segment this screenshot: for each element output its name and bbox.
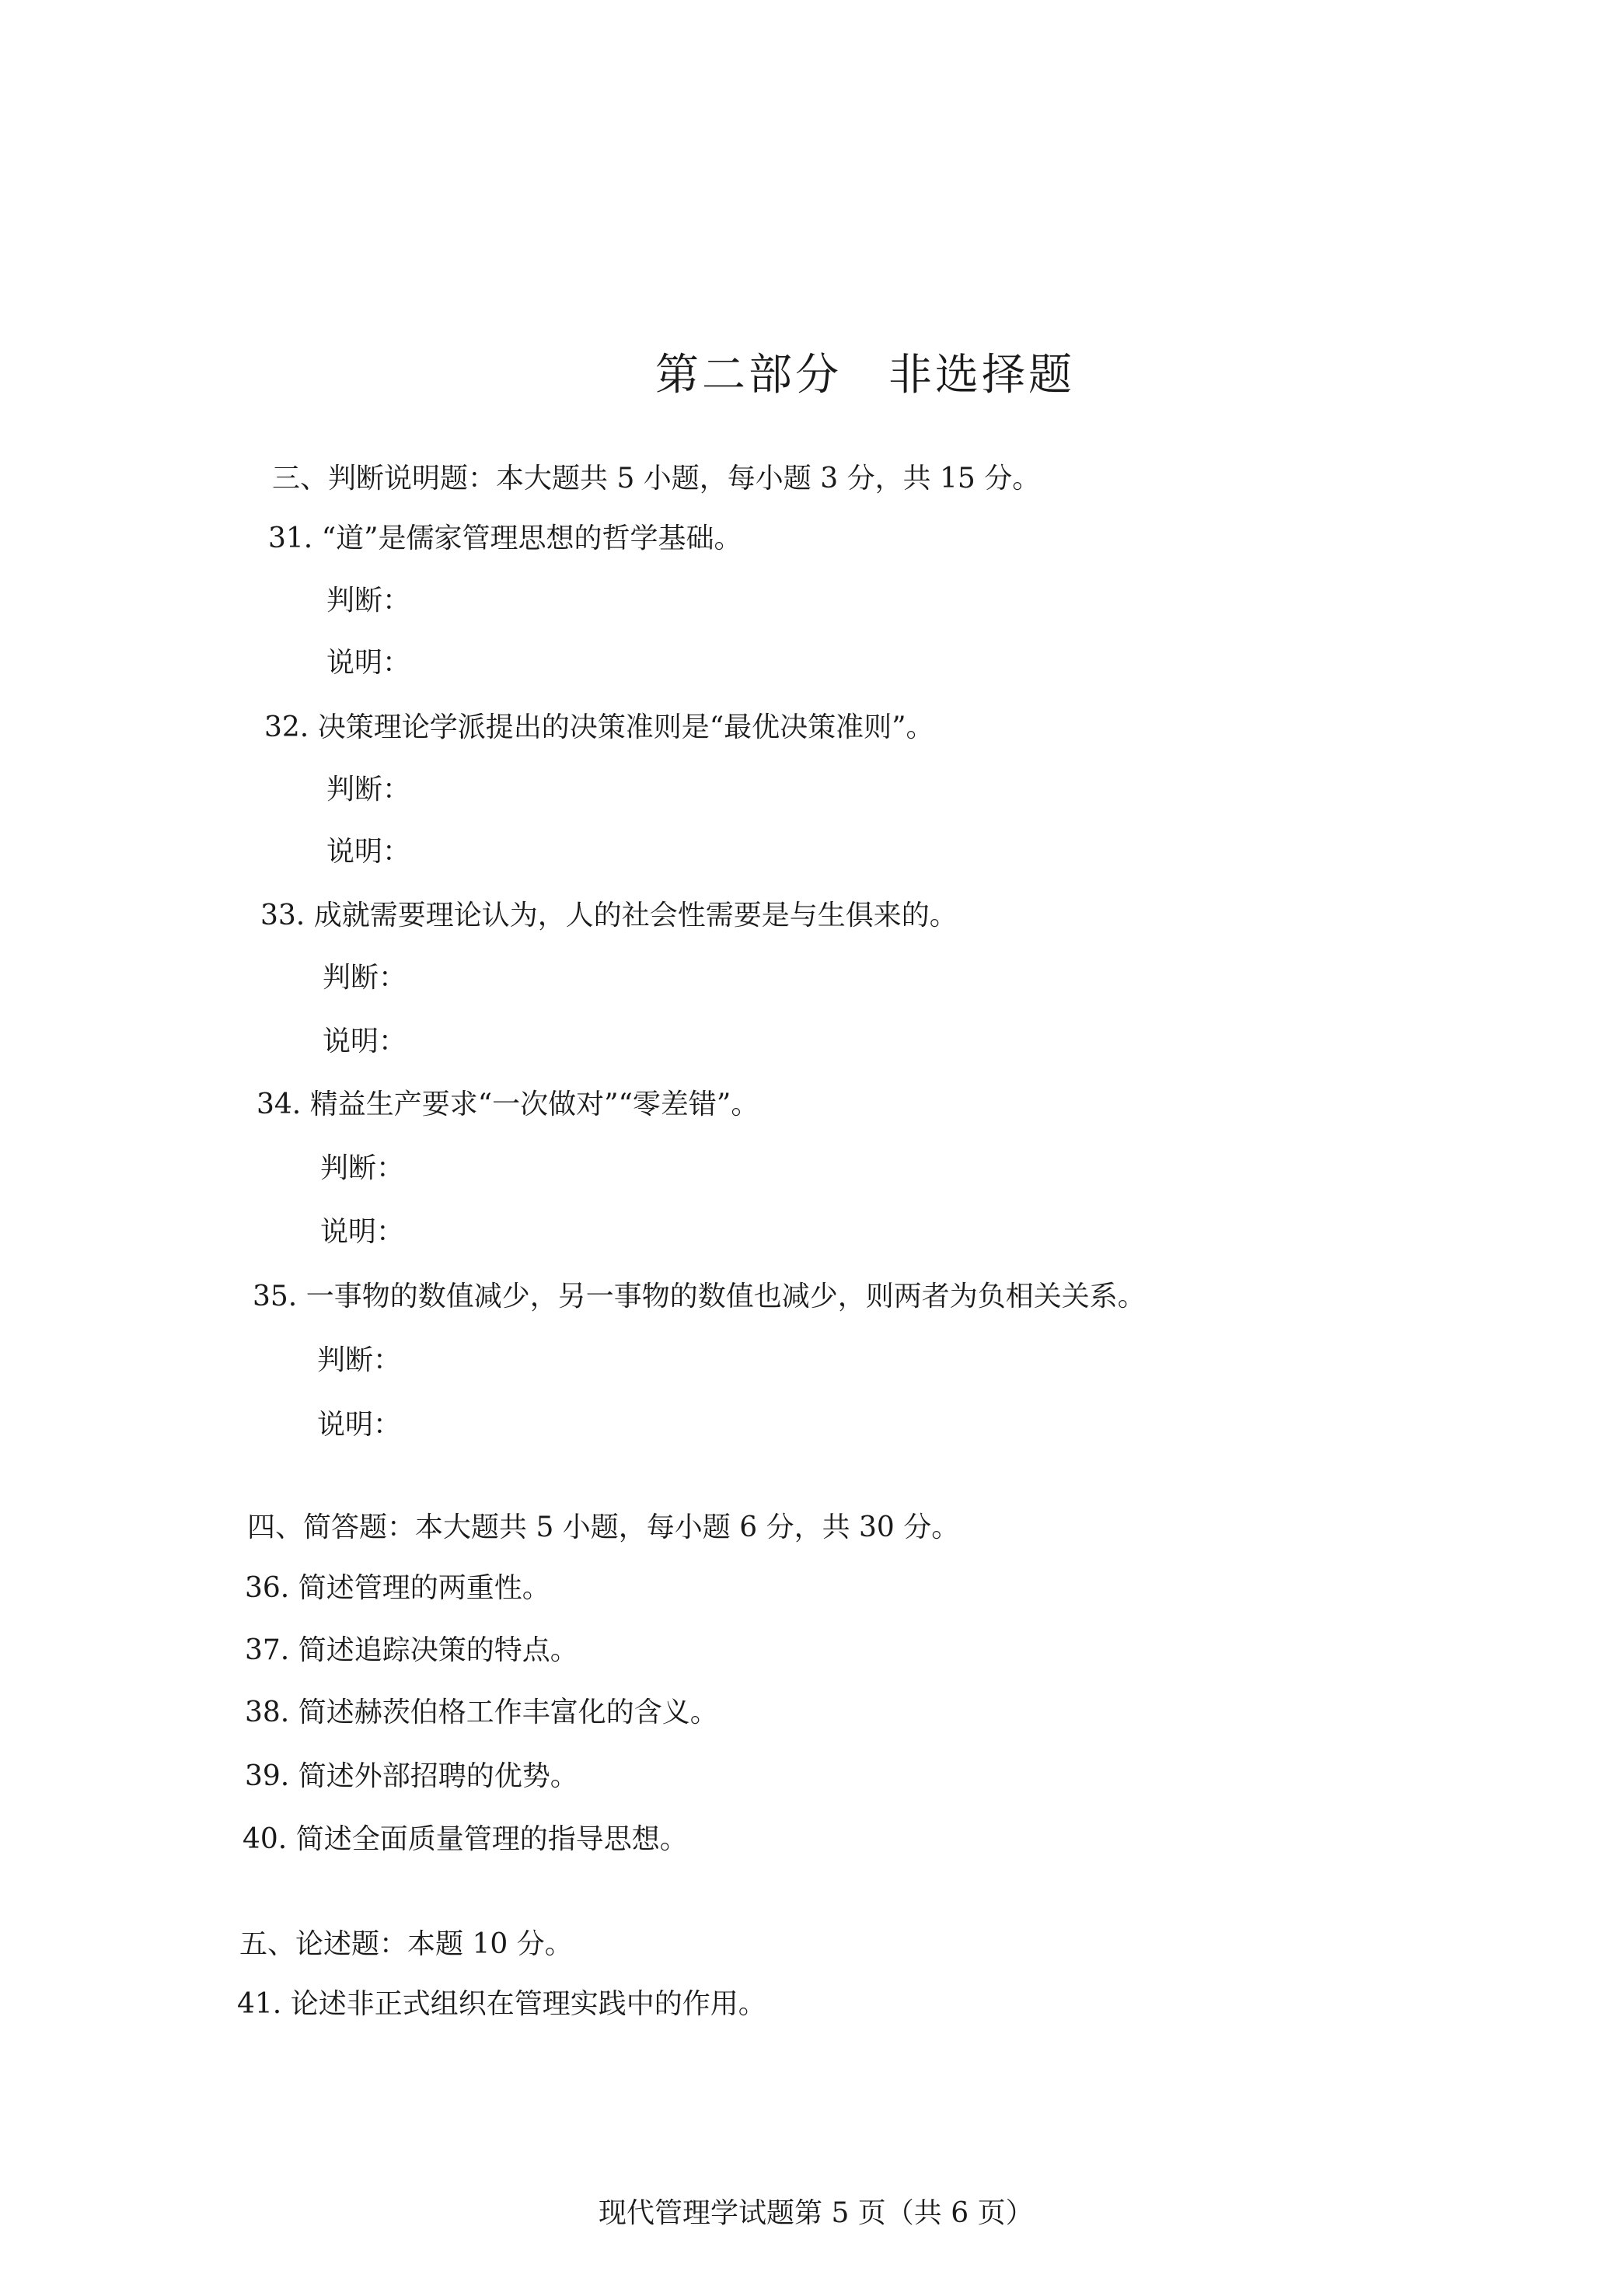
explain-label-32: 说明：: [326, 838, 410, 866]
question-35: 35. 一事物的数值减少，另一事物的数值也减少，则两者为负相关关系。: [253, 1283, 1146, 1311]
question-41: 41. 论述非正式组织在管理实践中的作用。: [237, 1990, 766, 2018]
question-32: 32. 决策理论学派提出的决策准则是“最优决策准则”。: [264, 714, 934, 742]
question-36: 36. 简述管理的两重性。: [245, 1574, 550, 1602]
section-heading-judgment: 三、判断说明题：本大题共 5 小题，每小题 3 分，共 15 分。: [272, 465, 1040, 493]
page-title: 第二部分 非选择题: [655, 341, 1075, 403]
page-footer: 现代管理学试题第 5 页（共 6 页）: [599, 2191, 1034, 2231]
judge-label-33: 判断：: [323, 964, 407, 992]
section-heading-essay: 五、论述题：本题 10 分。: [239, 1931, 573, 1959]
question-33: 33. 成就需要理论认为，人的社会性需要是与生俱来的。: [260, 902, 958, 930]
question-31: 31. “道”是儒家管理思想的哲学基础。: [268, 525, 742, 553]
question-34: 34. 精益生产要求“一次做对”“零差错”。: [257, 1091, 759, 1119]
question-40: 40. 简述全面质量管理的指导思想。: [243, 1826, 688, 1854]
explain-label-31: 说明：: [326, 649, 410, 677]
judge-label-31: 判断：: [326, 587, 410, 615]
explain-label-33: 说明：: [323, 1028, 407, 1056]
section-heading-short-answer: 四、简答题：本大题共 5 小题，每小题 6 分，共 30 分。: [247, 1514, 959, 1542]
judge-label-32: 判断：: [326, 776, 410, 804]
judge-label-34: 判断：: [320, 1155, 404, 1183]
explain-label-35: 说明：: [317, 1411, 401, 1439]
question-39: 39. 简述外部招聘的优势。: [245, 1763, 578, 1791]
judge-label-35: 判断：: [317, 1347, 401, 1375]
question-37: 37. 简述追踪决策的特点。: [245, 1637, 578, 1665]
question-38: 38. 简述赫茨伯格工作丰富化的含义。: [245, 1699, 718, 1727]
explain-label-34: 说明：: [320, 1218, 404, 1246]
